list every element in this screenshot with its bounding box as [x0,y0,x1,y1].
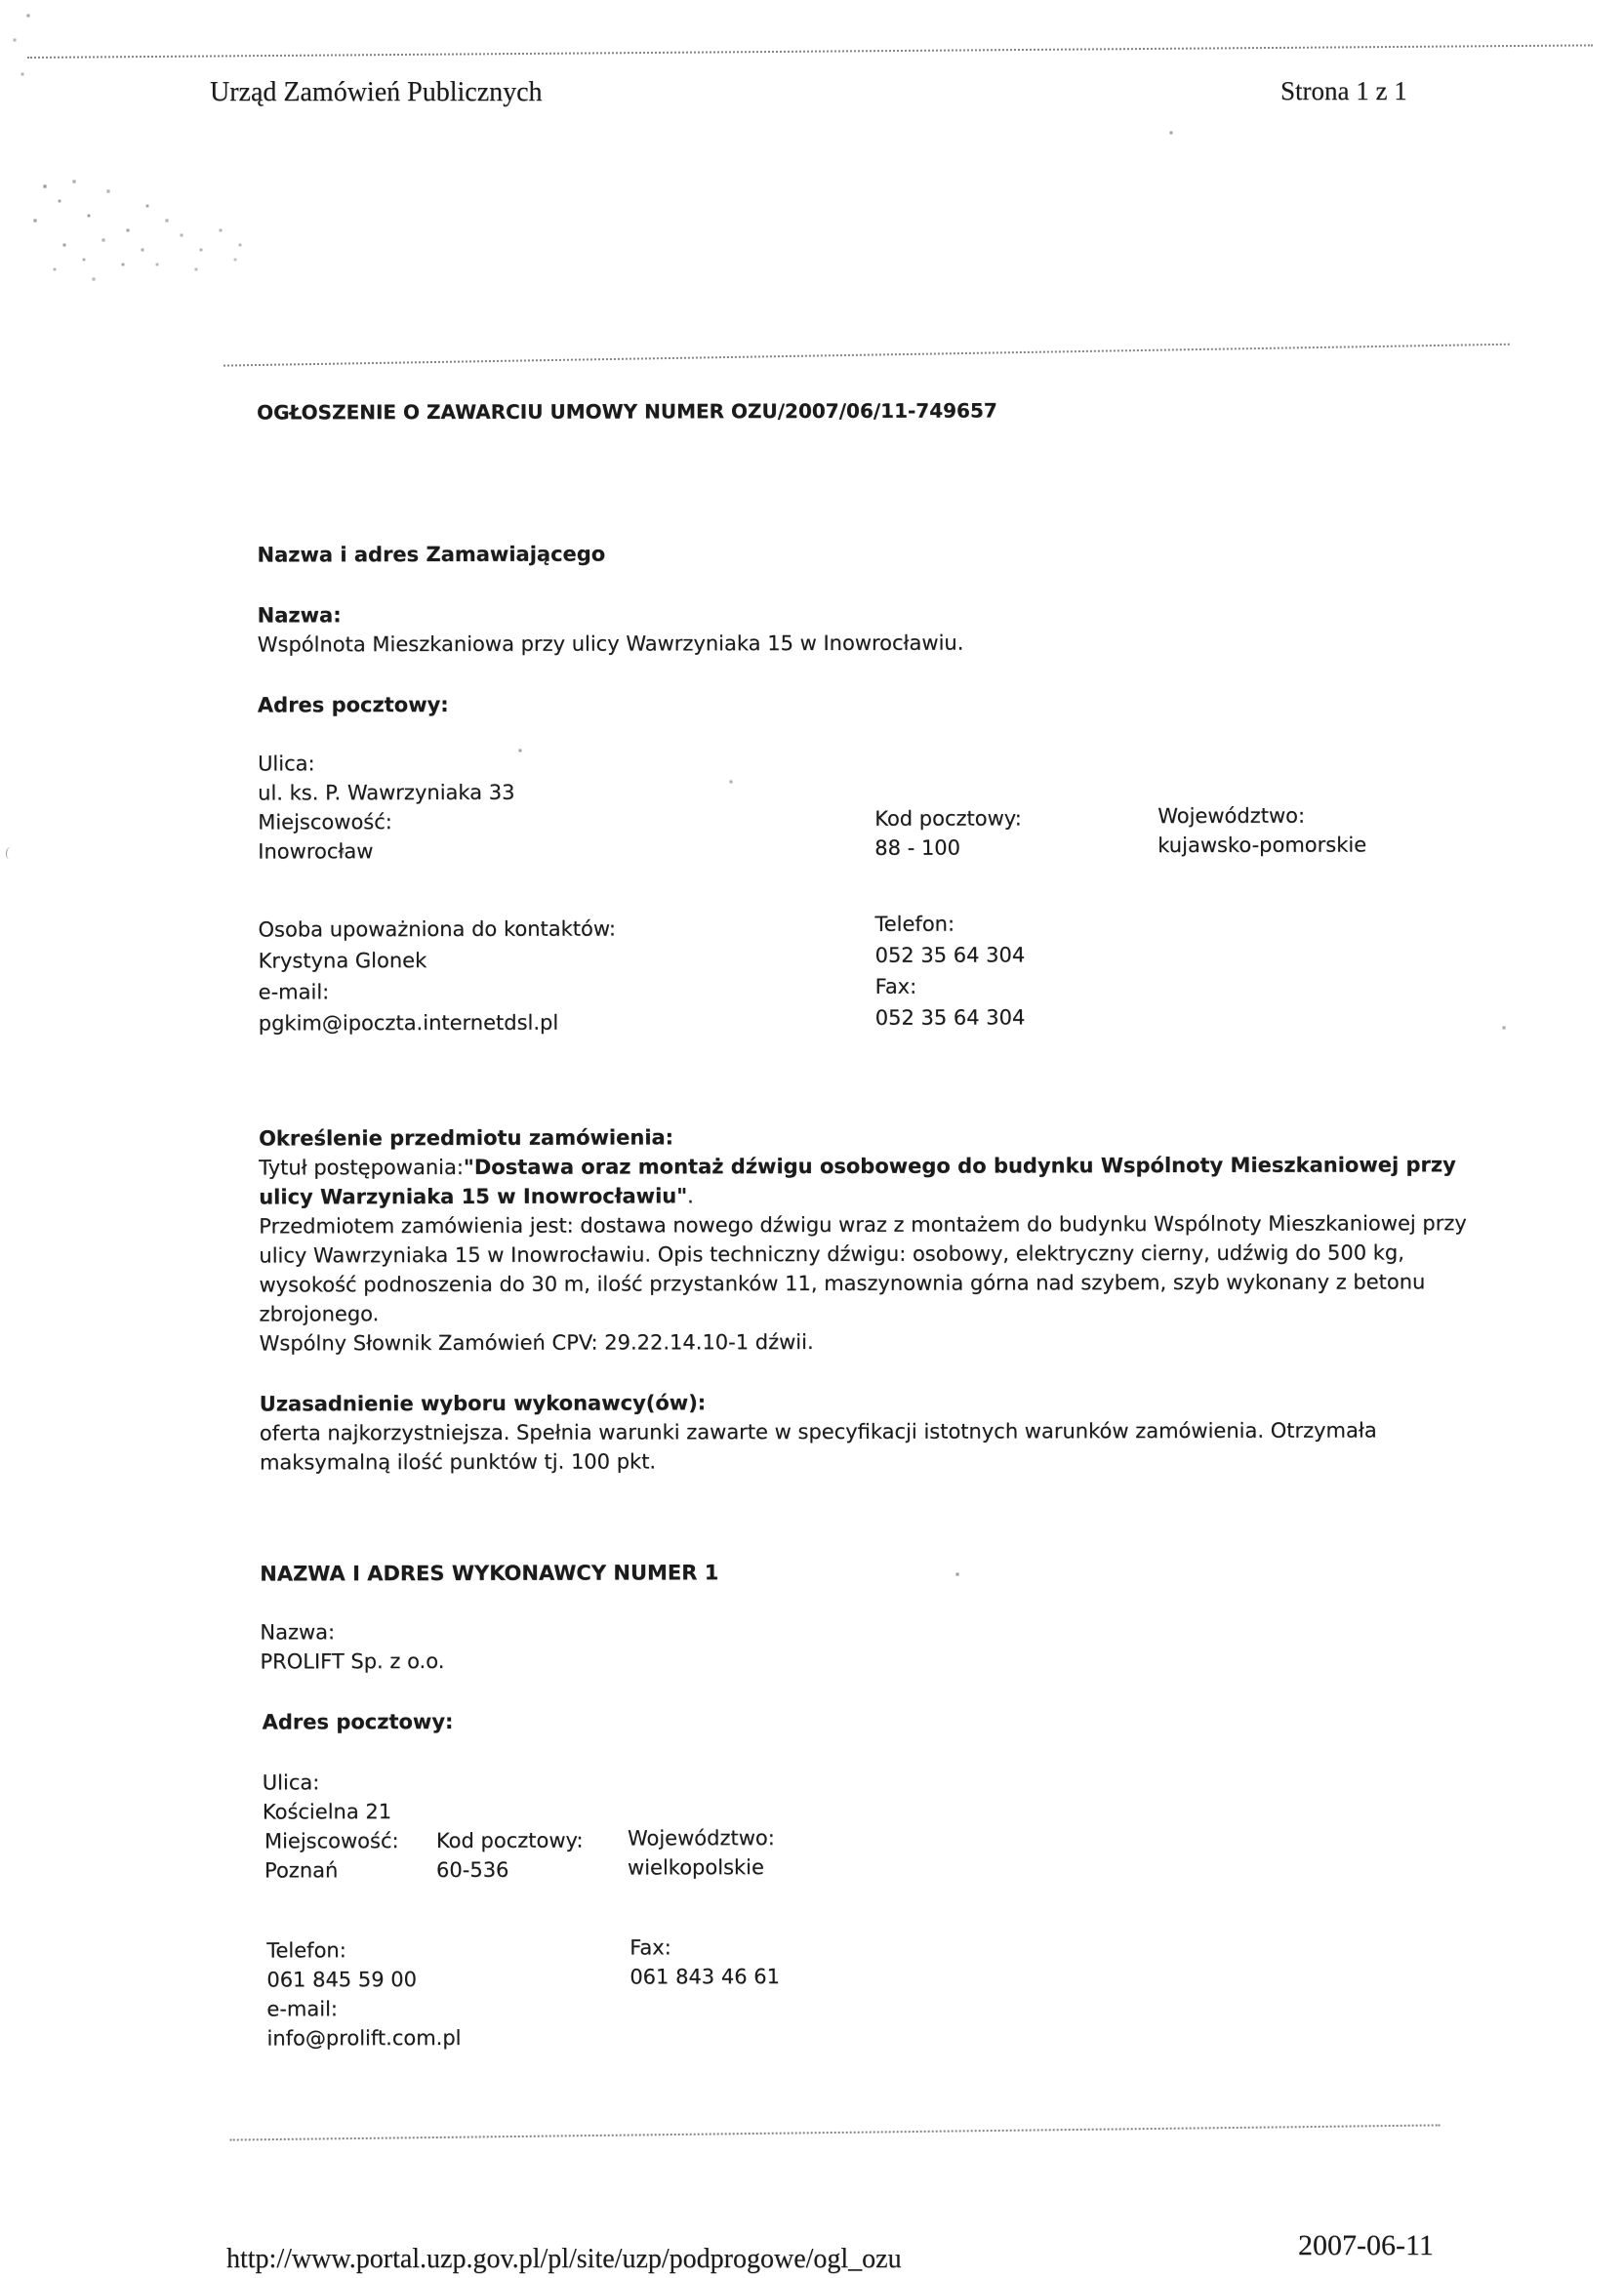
subject-description-line3: wysokość podnoszenia do 30 m, ilość przy… [259,1267,1425,1299]
z-name-value: Wspólnota Mieszkaniowa przy ulicy Wawrzy… [258,629,964,660]
subject-description-line1: Przedmiotem zamówienia jest: dostawa now… [259,1208,1467,1241]
w-email-label: e-mail: [266,1994,338,2023]
contractor-heading: NAZWA I ADRES WYKONAWCY NUMER 1 [260,1558,718,1588]
subject-description-line2: ulicy Wawrzyniaka 15 w Inowrocławiu. Opi… [259,1238,1404,1270]
w-phone-value: 061 845 59 00 [266,1965,417,1994]
contracting-authority-heading: Nazwa i adres Zamawiającego [257,540,605,570]
w-postal-code-label: Kod pocztowy: [436,1826,584,1855]
z-email-value: pgkim@ipoczta.internetdsl.pl [259,1008,559,1038]
document-body: OGŁOSZENIE O ZAWARCIU UMOWY NUMER OZU/20… [0,0,1624,2]
scanned-document-page: Urząd Zamówień Publicznych Strona 1 z 1 … [0,0,1624,2278]
subject-description-line4: zbrojonego. [259,1299,379,1328]
justification-line1: oferta najkorzystniejsza. Spełnia warunk… [260,1415,1377,1447]
footer-url: http://www.portal.uzp.gov.pl/pl/site/uzp… [226,2245,902,2274]
page-indicator: Strona 1 z 1 [1280,76,1407,105]
w-postal-code-value: 60-536 [436,1855,508,1885]
z-voivodeship-label: Województwo: [1157,801,1305,831]
z-street-label: Ulica: [258,749,315,778]
justification-heading: Uzasadnienie wyboru wykonawcy(ów): [260,1388,706,1418]
w-city-value: Poznań [264,1855,338,1885]
z-postal-address-heading: Adres pocztowy: [258,690,449,720]
w-voivodeship-value: wielkopolskie [628,1852,764,1882]
procedure-title-bold-line2: ulicy Warzyniaka 15 w Inowrocławiu" [259,1184,687,1208]
z-email-label: e-mail: [259,977,330,1006]
subject-heading: Określenie przedmiotu zamówienia: [259,1122,673,1153]
top-dotted-rule [27,44,1593,59]
w-postal-address-heading: Adres pocztowy: [263,1707,454,1737]
z-name-label: Nazwa: [258,600,342,630]
w-phone-label: Telefon: [266,1935,346,1965]
w-street-label: Ulica: [263,1768,320,1797]
procedure-title-prefix: Tytuł postępowania: [259,1156,464,1180]
cpv-line: Wspólny Słownik Zamówień CPV: 29.22.14.1… [260,1327,814,1358]
w-email-value: info@prolift.com.pl [266,2023,461,2054]
title-dotted-rule [223,344,1510,367]
w-city-label: Miejscowość: [264,1826,399,1855]
bottom-dotted-rule [230,2124,1441,2140]
scan-artifact [5,847,13,860]
z-phone-value: 052 35 64 304 [875,940,1026,969]
z-fax-label: Fax: [875,972,917,1001]
z-city-label: Miejscowość: [258,807,392,836]
procedure-title-line1: Tytuł postępowania:"Dostawa oraz montaż … [259,1150,1456,1182]
z-contact-person-label: Osoba upoważniona do kontaktów: [258,915,616,945]
z-city-value: Inowrocław [258,836,373,866]
z-postal-code-value: 88 - 100 [874,834,960,863]
procedure-title-suffix: . [687,1184,694,1207]
z-postal-code-label: Kod pocztowy: [874,803,1022,833]
w-name-value: PROLIFT Sp. z o.o. [260,1647,444,1676]
w-fax-label: Fax: [629,1932,671,1962]
z-street-value: ul. ks. P. Wawrzyniaka 33 [258,778,514,808]
w-street-value: Kościelna 21 [263,1797,391,1826]
procedure-title-bold-line1: "Dostawa oraz montaż dźwigu osobowego do… [464,1153,1456,1179]
header-org-title: Urząd Zamówień Publicznych [210,78,543,107]
z-voivodeship-value: kujawsko-pomorskie [1157,831,1366,861]
z-phone-label: Telefon: [874,910,954,939]
w-fax-value: 061 843 46 61 [629,1962,780,1991]
footer-date: 2007-06-11 [1298,2231,1434,2260]
z-fax-value: 052 35 64 304 [875,1002,1026,1032]
z-contact-person-value: Krystyna Glonek [259,946,427,975]
w-voivodeship-label: Województwo: [628,1823,775,1852]
justification-line2: maksymalną ilość punktów tj. 100 pkt. [260,1446,656,1477]
doc-title: OGŁOSZENIE O ZAWARCIU UMOWY NUMER OZU/20… [257,396,997,427]
scan-noise-speckles [0,0,2,2]
procedure-title-line2: ulicy Warzyniaka 15 w Inowrocławiu". [259,1181,694,1211]
w-name-label: Nazwa: [260,1617,335,1647]
